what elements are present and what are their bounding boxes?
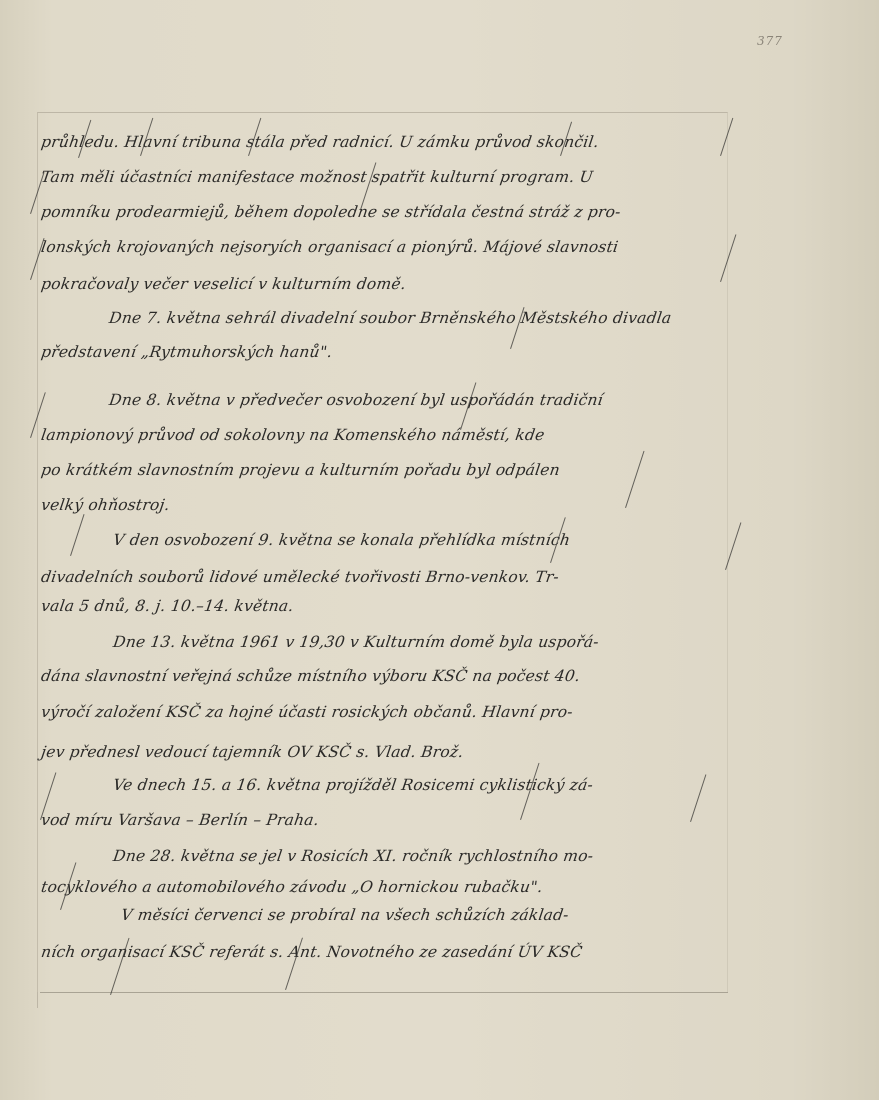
document-page: 377 průhledu. Hlavní tribuna stála před … — [0, 0, 879, 1100]
text-line: lampionový průvod od sokolovny na Komens… — [40, 426, 546, 444]
text-line: lonských krojovaných nejsoryích organisa… — [40, 238, 619, 256]
text-line: jev přednesl vedoucí tajemník OV KSČ s. … — [40, 743, 465, 761]
text-line: pokračovaly večer veselicí v kulturním d… — [40, 275, 407, 293]
text-line: po krátkém slavnostním projevu a kulturn… — [40, 461, 561, 479]
text-line: tocyklového a automobilového závodu „O h… — [40, 878, 544, 896]
text-line: průhledu. Hlavní tribuna stála před radn… — [40, 133, 600, 151]
text-line: vala 5 dnů, 8. j. 10.–14. května. — [40, 597, 295, 615]
text-line: vod míru Varšava – Berlín – Praha. — [40, 811, 320, 829]
text-line: V den osvobození 9. května se konala pře… — [112, 531, 571, 549]
bottom-rule — [40, 992, 728, 993]
text-line: V měsíci červenci se probíral na všech s… — [120, 906, 570, 924]
text-line: pomníku prodearmiejů, během dopoledne se… — [40, 203, 622, 221]
text-line: Tam měli účastníci manifestace možnost s… — [40, 168, 594, 186]
text-line: Dne 8. května v předvečer osvobození byl… — [108, 391, 604, 409]
text-line: velký ohňostroj. — [40, 496, 171, 514]
frame-left-edge — [37, 992, 38, 1008]
text-line: Dne 13. května 1961 v 19,30 v Kulturním … — [112, 633, 600, 651]
text-line: výročí založení KSČ za hojné účasti rosi… — [40, 703, 574, 721]
text-line: dána slavnostní veřejná schůze místního … — [40, 667, 581, 685]
page-number: 377 — [757, 34, 783, 48]
text-line: divadelních souborů lidové umělecké tvoř… — [40, 568, 560, 586]
text-line: Dne 28. května se jel v Rosicích XI. roč… — [112, 847, 595, 865]
text-line: Dne 7. května sehrál divadelní soubor Br… — [108, 309, 673, 327]
text-line: představení „Rytmuhorských hanů". — [40, 343, 334, 361]
text-line: Ve dnech 15. a 16. května projížděl Rosi… — [112, 776, 594, 794]
